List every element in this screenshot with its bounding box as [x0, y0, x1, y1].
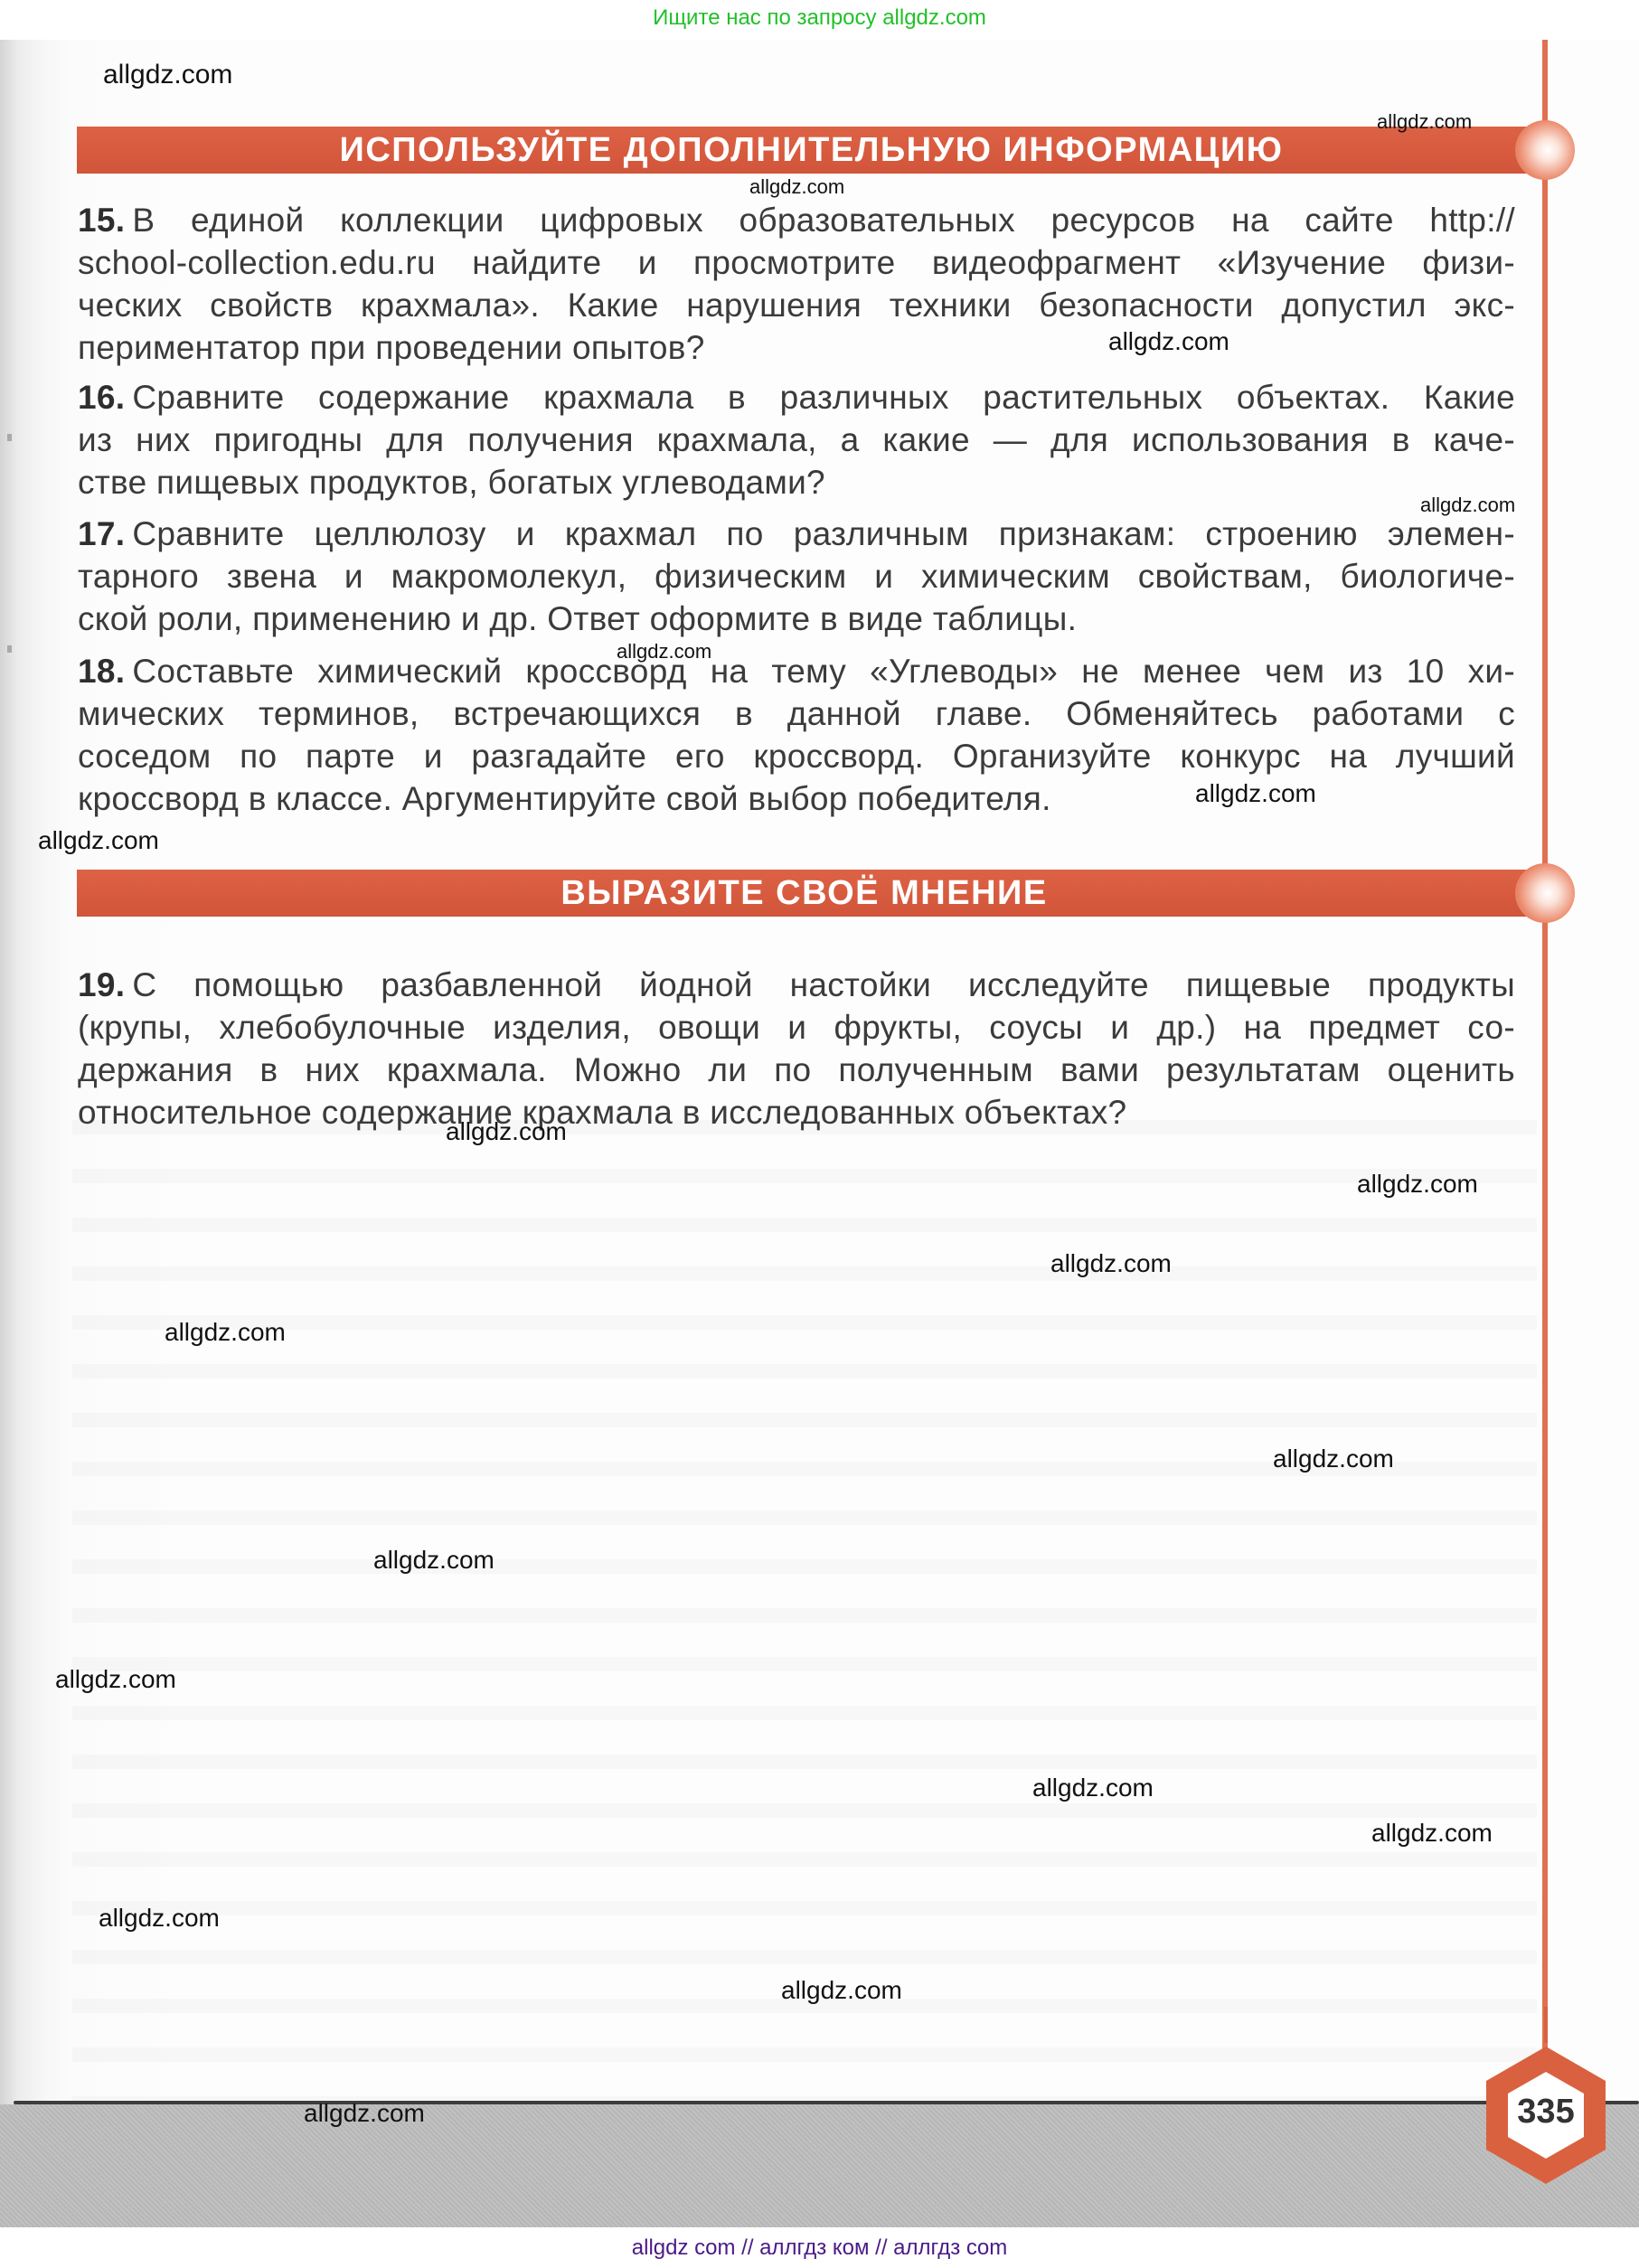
watermark: allgdz.com — [617, 640, 711, 663]
band-knob-decoration — [1515, 863, 1575, 923]
watermark: allgdz.com — [446, 1117, 567, 1146]
watermark: allgdz.com — [749, 175, 844, 199]
task-number: 17. — [78, 515, 125, 552]
bleed-through-background — [72, 1093, 1537, 2169]
footer-rule — [14, 2101, 1639, 2104]
watermark: allgdz.com — [165, 1318, 286, 1347]
task-number: 16. — [78, 379, 125, 416]
margin-vertical-line — [1542, 40, 1548, 2092]
top-search-banner: Ищите нас по запросу allgdz.com — [0, 0, 1639, 40]
watermark: allgdz.com — [1377, 110, 1472, 134]
task-number: 15. — [78, 202, 125, 239]
section-header-title: Используйте дополнительную информацию — [340, 131, 1284, 169]
watermark: allgdz.com — [1108, 327, 1229, 356]
watermark: allgdz.com — [1032, 1774, 1154, 1802]
page-number-connector — [1544, 2007, 1548, 2043]
watermark: allgdz.com — [1371, 1819, 1493, 1848]
watermark: allgdz.com — [55, 1665, 176, 1694]
page-number: 335 — [1484, 2093, 1607, 2132]
section-header-additional-info: Используйте дополнительную информацию — [77, 127, 1546, 174]
watermark: allgdz.com — [1273, 1445, 1394, 1473]
watermark: allgdz.com — [1420, 494, 1515, 517]
watermark: allgdz.com — [373, 1546, 495, 1575]
watermark: allgdz.com — [304, 2099, 425, 2128]
watermark: allgdz.com — [99, 1904, 220, 1933]
band-knob-decoration — [1515, 120, 1575, 180]
watermark: allgdz.com — [1357, 1170, 1478, 1199]
watermark: allgdz.com — [1195, 779, 1316, 808]
task-number: 19. — [78, 966, 125, 1003]
watermark: allgdz.com — [1050, 1249, 1172, 1278]
textbook-page: Используйте дополнительную информацию 15… — [0, 40, 1639, 2227]
section-header-express-opinion: Выразите своё мнение — [77, 870, 1546, 917]
task-19: 19.С помощью разбавленной йодной настойк… — [78, 964, 1515, 1134]
watermark: allgdz.com — [103, 60, 232, 90]
section-header-title: Выразите своё мнение — [560, 874, 1047, 912]
bottom-watermark-banner: allgdz com // аллгдз ком // аллгдз com — [0, 2227, 1639, 2268]
page-footer-gray-area — [0, 2104, 1639, 2227]
scan-speck — [7, 645, 12, 653]
task-16: 16.Сравните содержание крахмала в различ… — [78, 376, 1515, 503]
task-17: 17.Сравните целлюлозу и крахмал по разли… — [78, 513, 1515, 640]
watermark: allgdz.com — [781, 1976, 902, 2005]
watermark: allgdz.com — [38, 826, 159, 855]
task-number: 18. — [78, 653, 125, 690]
task-15: 15.В единой коллекции цифровых образоват… — [78, 199, 1515, 369]
scan-speck — [7, 434, 12, 441]
